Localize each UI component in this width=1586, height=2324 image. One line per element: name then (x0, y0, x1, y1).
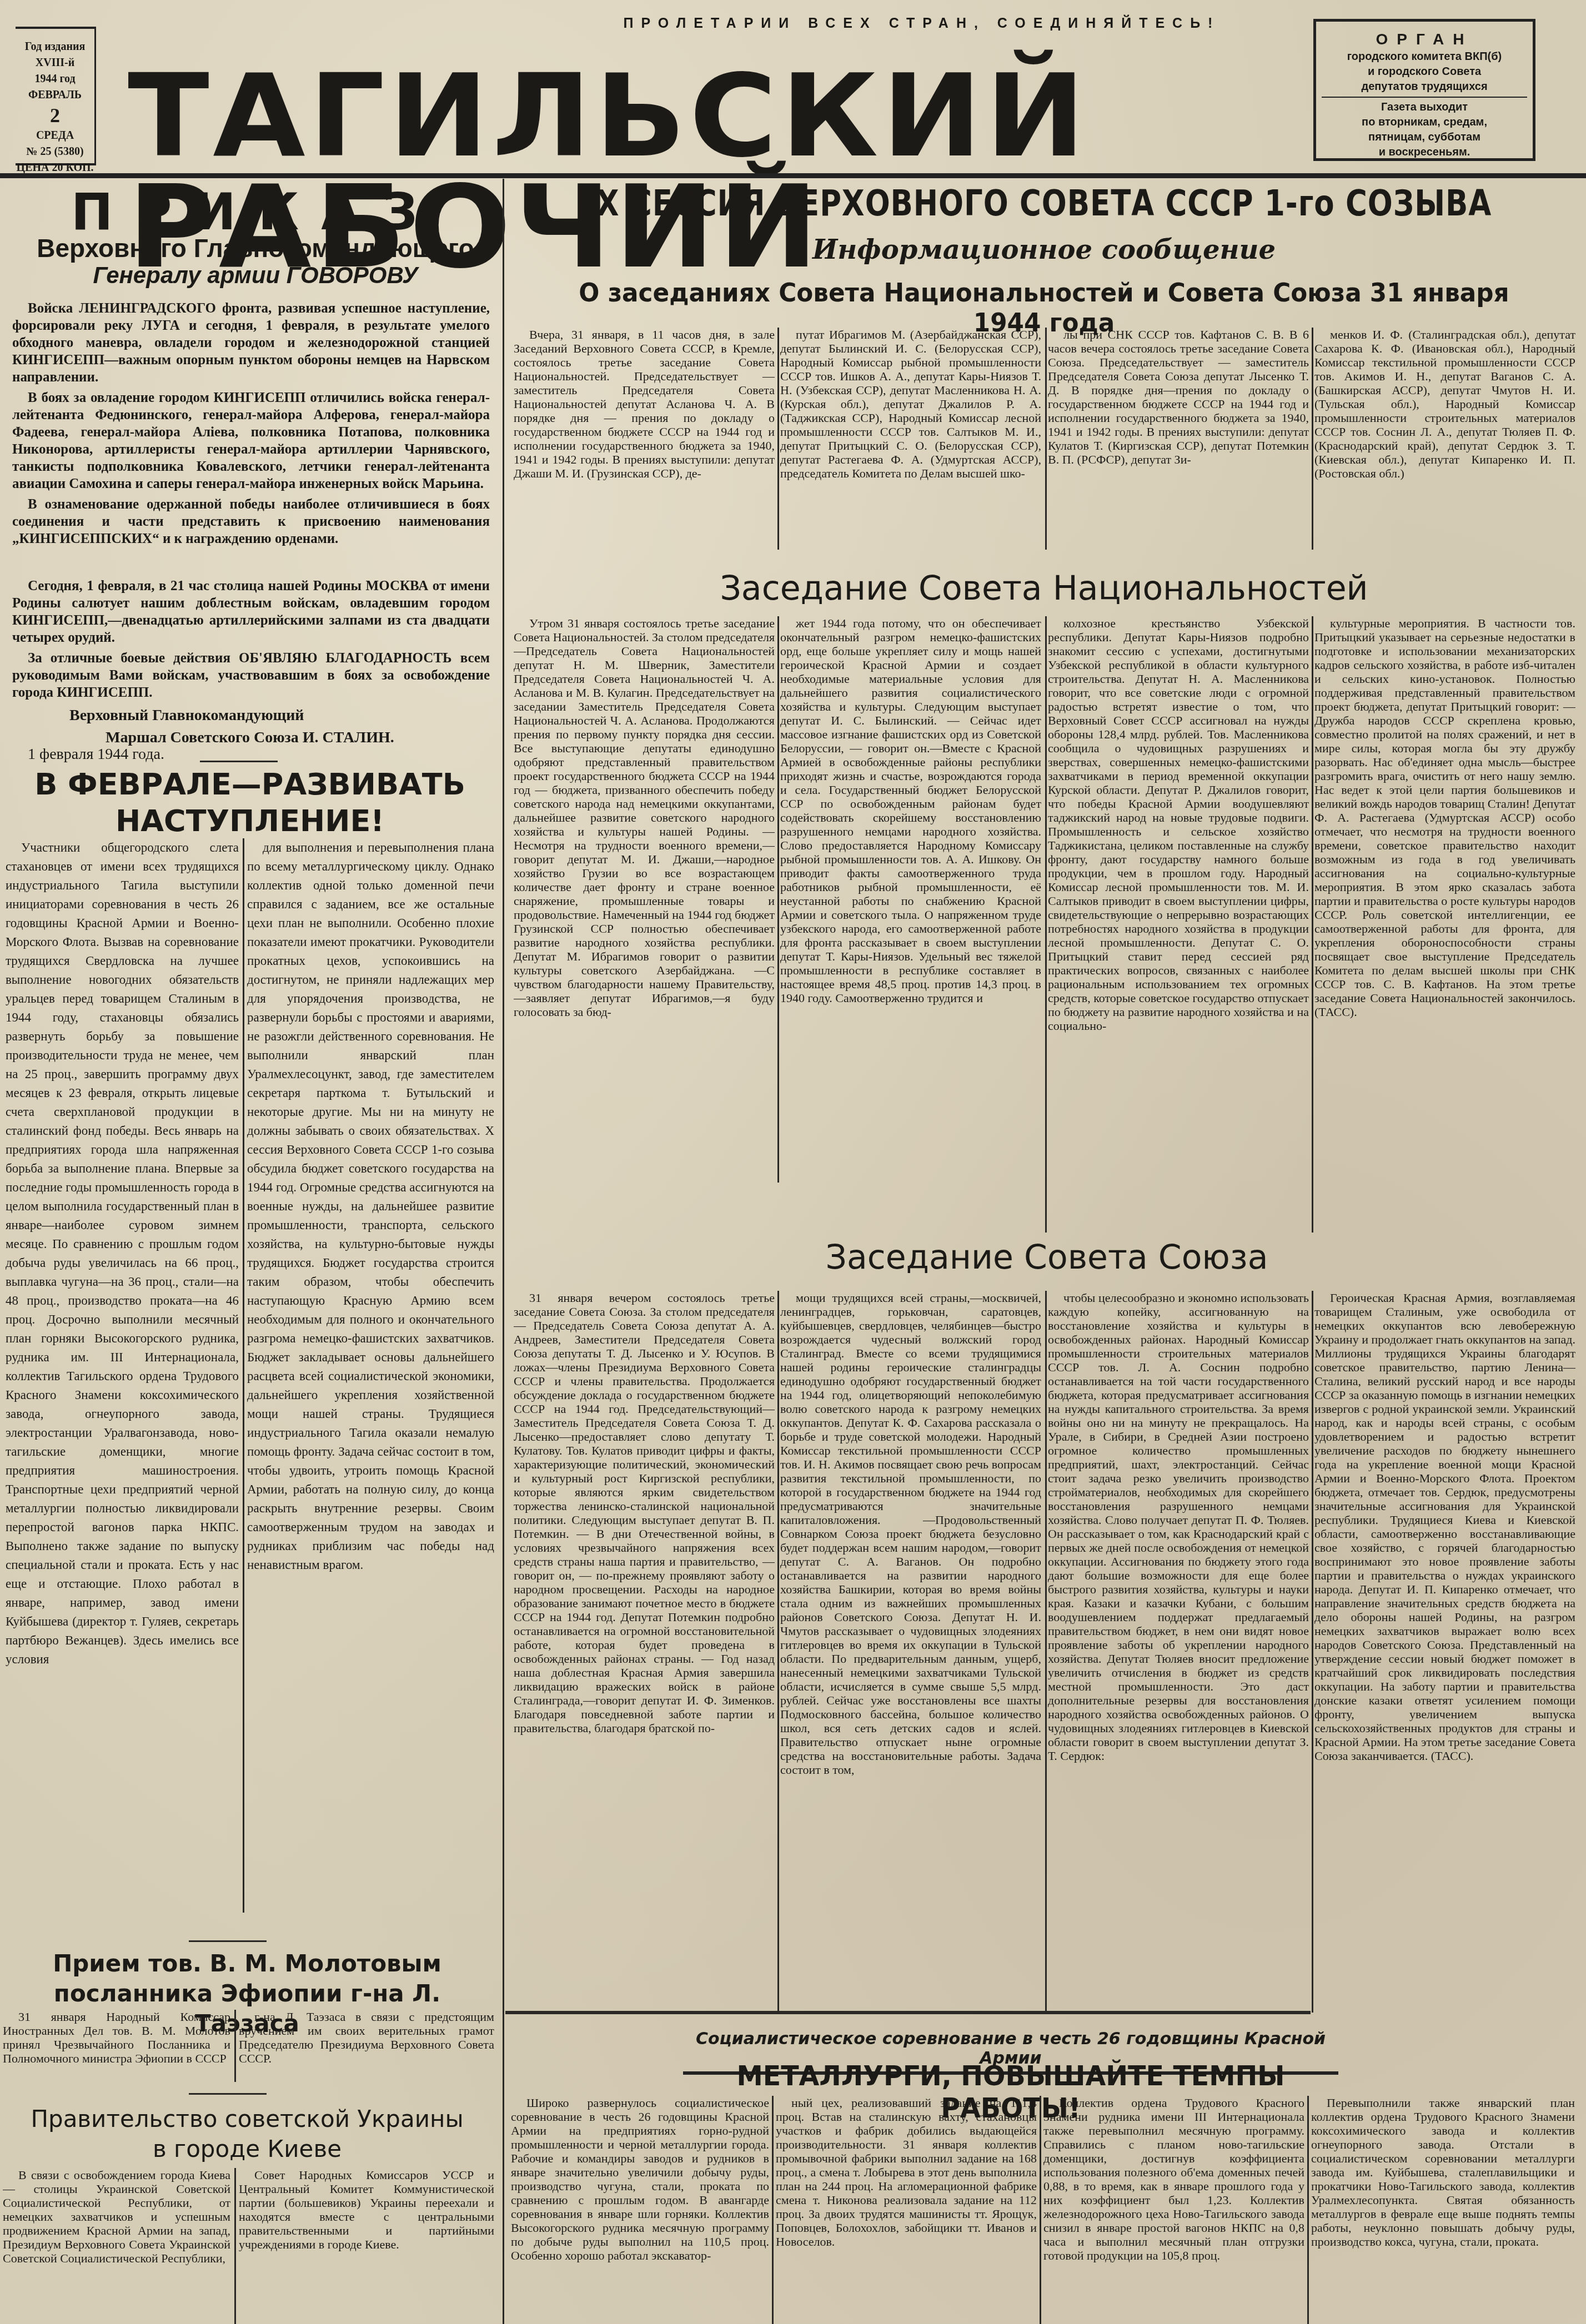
order-paragraph: Войска ЛЕНИНГРАДСКОГО фронта, развивая у… (12, 300, 490, 386)
metallurgy-text: ный цех, реализовавший задание на 111,4 … (776, 2096, 1037, 2248)
order-subtitle: Верховного Главнокомандующего (17, 233, 494, 263)
masthead-rule (0, 173, 1586, 178)
divider (189, 1940, 267, 1942)
metallurgy-text: Широко развернулось социалистическое сор… (511, 2096, 769, 2262)
nationalities-heading: Заседание Совета Национальностей (516, 569, 1572, 608)
metallurgy-text: Перевыполнили также январский план колле… (1311, 2096, 1575, 2248)
slogan: ПРОЛЕТАРИИ ВСЕХ СТРАН, СОЕДИНЯЙТЕСЬ! (561, 16, 1283, 32)
issue-year: 1944 год (16, 71, 94, 87)
union-col-4: Героическая Красная Армия, возглавляемая… (1314, 1291, 1575, 2013)
ukraine-col-2: Совет Народных Комиссаров УССР и Централ… (239, 2168, 494, 2324)
molotov-col-1: 31 января Народный Комиссар Иностранных … (3, 2010, 230, 2087)
schedule-line: Газета выходит (1316, 100, 1533, 115)
union-heading: Заседание Совета Союза (755, 1238, 1338, 1277)
editorial-title-line: НАСТУПЛЕНИЕ! (11, 803, 489, 839)
union-col-1: 31 января вечером состоялось третье засе… (514, 1291, 775, 2013)
column-divider (1045, 328, 1047, 550)
organ-line: городского комитета ВКП(б) (1316, 49, 1533, 64)
column-divider (234, 2168, 236, 2324)
divider (1322, 97, 1527, 98)
metallurgy-text: Коллектив ордена Трудового Красного Знам… (1043, 2096, 1304, 2262)
session-intro-text: Вчера, 31 января, в 11 часов дня, в зале… (514, 328, 775, 480)
issue-weekday: СРЕДА (16, 128, 94, 144)
union-text: мощи трудящихся всей страны,—москвичей, … (780, 1291, 1041, 1777)
column-divider (503, 179, 504, 2324)
nationalities-col-4: культурные мероприятия. В частности тов.… (1314, 616, 1575, 1233)
nationalities-text: колхозное крестьянство Узбекской республ… (1048, 616, 1309, 1033)
column-divider (777, 328, 779, 550)
organ-line: и городского Совета (1316, 64, 1533, 79)
ukraine-title-line: в городе Киеве (0, 2134, 494, 2164)
issue-date-box: Год издания XVIII-й 1944 год ФЕВРАЛЬ 2 С… (16, 27, 96, 165)
session-intro-col-2: путат Ибрагимов М. (Азербайджанская ССР)… (780, 328, 1041, 561)
editorial-title: В ФЕВРАЛЕ—РАЗВИВАТЬ НАСТУПЛЕНИЕ! (11, 766, 489, 839)
ukraine-text: Совет Народных Комиссаров УССР и Централ… (239, 2168, 494, 2251)
ukraine-title-line: Правительство советской Украины (0, 2104, 494, 2134)
session-title: X СЕССИЯ ВЕРХОВНОГО СОВЕТА СССР 1-го СОЗ… (559, 183, 1529, 224)
column-divider (1312, 616, 1313, 1233)
editorial-col-1: Участники общегородского слета стахановц… (6, 838, 239, 1913)
order-paragraph: Сегодня, 1 февраля, в 21 час столица наш… (12, 577, 490, 646)
ukraine-text: В связи с освобождением города Киева — с… (3, 2168, 230, 2265)
order-signature-title: Верховный Главнокомандующий (69, 705, 304, 726)
order-addressee: Генералу армии ГОВОРОВУ (17, 262, 494, 289)
molotov-title-line: Прием тов. В. М. Молотовым (0, 1949, 494, 1979)
column-divider (1312, 1291, 1313, 2013)
nationalities-col-1: Утром 31 января состоялось третье заседа… (514, 616, 775, 1183)
session-intro-text: лы при СНК СССР тов. Кафтанов С. В. В 6 … (1048, 328, 1309, 466)
union-col-3: чтобы целесообразно и экономно использов… (1048, 1291, 1309, 2013)
publisher-box: ОРГАН городского комитета ВКП(б) и город… (1313, 19, 1535, 161)
column-divider (777, 616, 779, 1183)
union-col-2: мощи трудящихся всей страны,—москвичей, … (780, 1291, 1041, 2013)
issue-month: ФЕВРАЛЬ (16, 87, 94, 103)
session-intro-text: менков И. Ф. (Сталинградская обл.), депу… (1314, 328, 1575, 480)
metallurgy-col-4: Перевыполнили также январский план колле… (1311, 2096, 1575, 2324)
editorial-text: Участники общегородского слета стахановц… (6, 838, 239, 1669)
editorial-col-2: для выполнения и перевыполнения плана по… (247, 838, 494, 1913)
editorial-title-line: В ФЕВРАЛЕ—РАЗВИВАТЬ (11, 766, 489, 803)
order-paragraph: За отличные боевые действия ОБ'ЯВЛЯЮ БЛА… (12, 650, 490, 701)
nationalities-col-2: жет 1944 года потому, что он обеспечивае… (780, 616, 1041, 1233)
column-divider (1040, 2096, 1041, 2324)
column-divider (1307, 2096, 1309, 2324)
order-paragraph: В ознаменование одержанной победы наибол… (12, 496, 490, 547)
union-text: чтобы целесообразно и экономно использов… (1048, 1291, 1309, 1763)
session-intro-col-1: Вчера, 31 января, в 11 часов дня, в зале… (514, 328, 775, 561)
column-divider (1312, 328, 1313, 550)
molotov-text: 31 января Народный Комиссар Иностранных … (3, 2010, 230, 2065)
issue-number: № 25 (5380) (16, 144, 94, 160)
column-divider (234, 2010, 236, 2082)
schedule-line: и воскресеньям. (1316, 145, 1533, 160)
column-divider (1045, 616, 1047, 1233)
schedule-line: пятницам, субботам (1316, 130, 1533, 145)
organ-heading: ОРГАН (1316, 29, 1533, 49)
column-divider (243, 838, 244, 1913)
nationalities-text: культурные мероприятия. В частности тов.… (1314, 616, 1575, 1019)
divider (189, 2093, 267, 2095)
molotov-text: г-на Л. Таэзаса в связи с предстоящим вр… (239, 2010, 494, 2065)
year-of-issue: Год издания XVIII-й (16, 39, 94, 71)
column-divider (1045, 1291, 1047, 2013)
column-divider (777, 1291, 779, 2013)
column-divider (772, 2096, 774, 2324)
session-intro-col-4: менков И. Ф. (Сталинградская обл.), депу… (1314, 328, 1575, 561)
order-body-cont: Сегодня, 1 февраля, в 21 час столица наш… (12, 577, 490, 702)
order-paragraph: В боях за овладение городом КИНГИСЕПП от… (12, 389, 490, 492)
organ-line: депутатов трудящихся (1316, 79, 1533, 94)
session-info-label: Информационное сообщение (516, 234, 1572, 265)
metallurgy-col-1: Широко развернулось социалистическое сор… (511, 2096, 769, 2324)
schedule-line: по вторникам, средам, (1316, 115, 1533, 130)
editorial-text: для выполнения и перевыполнения плана по… (247, 838, 494, 1575)
union-text: 31 января вечером состоялось третье засе… (514, 1291, 775, 1735)
section-rule (505, 2011, 1311, 2014)
issue-day: 2 (16, 103, 94, 128)
order-date: 1 февраля 1944 года. (28, 744, 164, 765)
nationalities-text: Утром 31 января состоялось третье заседа… (514, 616, 775, 1019)
session-intro-text: путат Ибрагимов М. (Азербайджанская ССР)… (780, 328, 1041, 480)
molotov-col-2: г-на Л. Таэзаса в связи с предстоящим вр… (239, 2010, 494, 2087)
metallurgy-col-2: ный цех, реализовавший задание на 111,4 … (776, 2096, 1037, 2324)
nationalities-text: жет 1944 года потому, что он обеспечивае… (780, 616, 1041, 1005)
metallurgy-col-3: Коллектив ордена Трудового Красного Знам… (1043, 2096, 1304, 2324)
session-intro-col-3: лы при СНК СССР тов. Кафтанов С. В. В 6 … (1048, 328, 1309, 561)
ukraine-col-1: В связи с освобождением города Киева — с… (3, 2168, 230, 2324)
nationalities-col-3: колхозное крестьянство Узбекской республ… (1048, 616, 1309, 1233)
union-text: Героическая Красная Армия, возглавляемая… (1314, 1291, 1575, 1763)
order-body: Войска ЛЕНИНГРАДСКОГО фронта, развивая у… (12, 300, 490, 577)
divider (200, 761, 278, 762)
ukraine-title: Правительство советской Украины в городе… (0, 2104, 494, 2164)
